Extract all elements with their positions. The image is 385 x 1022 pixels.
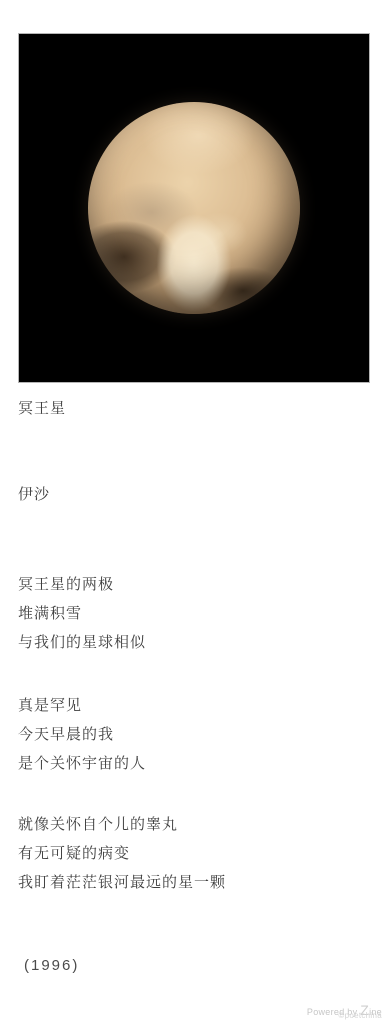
- pluto-photo: [18, 33, 370, 383]
- poem-author: 伊沙: [18, 480, 50, 509]
- stanza-1: 冥王星的两极 堆满积雪 与我们的星球相似: [18, 570, 146, 657]
- poem-line: 就像关怀自个儿的睾丸: [18, 810, 226, 839]
- poem-line: 与我们的星球相似: [18, 628, 146, 657]
- poem-line: 冥王星的两极: [18, 570, 146, 599]
- stanza-3: 就像关怀自个儿的睾丸 有无可疑的病变 我盯着茫茫银河最远的星一颗: [18, 810, 226, 897]
- stanza-2: 真是罕见 今天早晨的我 是个关怀宇宙的人: [18, 691, 146, 778]
- poem-line: 是个关怀宇宙的人: [18, 749, 146, 778]
- watermark: Powered by Zine ©poetchina: [307, 1006, 382, 1020]
- poem-line: 我盯着茫茫银河最远的星一颗: [18, 868, 226, 897]
- poem-year: (1996): [24, 951, 79, 980]
- poem-line: 真是罕见: [18, 691, 146, 720]
- poem-page: 冥王星 伊沙 冥王星的两极 堆满积雪 与我们的星球相似 真是罕见 今天早晨的我 …: [0, 0, 385, 1022]
- poem-line: 今天早晨的我: [18, 720, 146, 749]
- poem-title: 冥王星: [18, 394, 66, 423]
- poem-line: 有无可疑的病变: [18, 839, 226, 868]
- poem-line: 堆满积雪: [18, 599, 146, 628]
- pluto-planet-image: [88, 102, 300, 314]
